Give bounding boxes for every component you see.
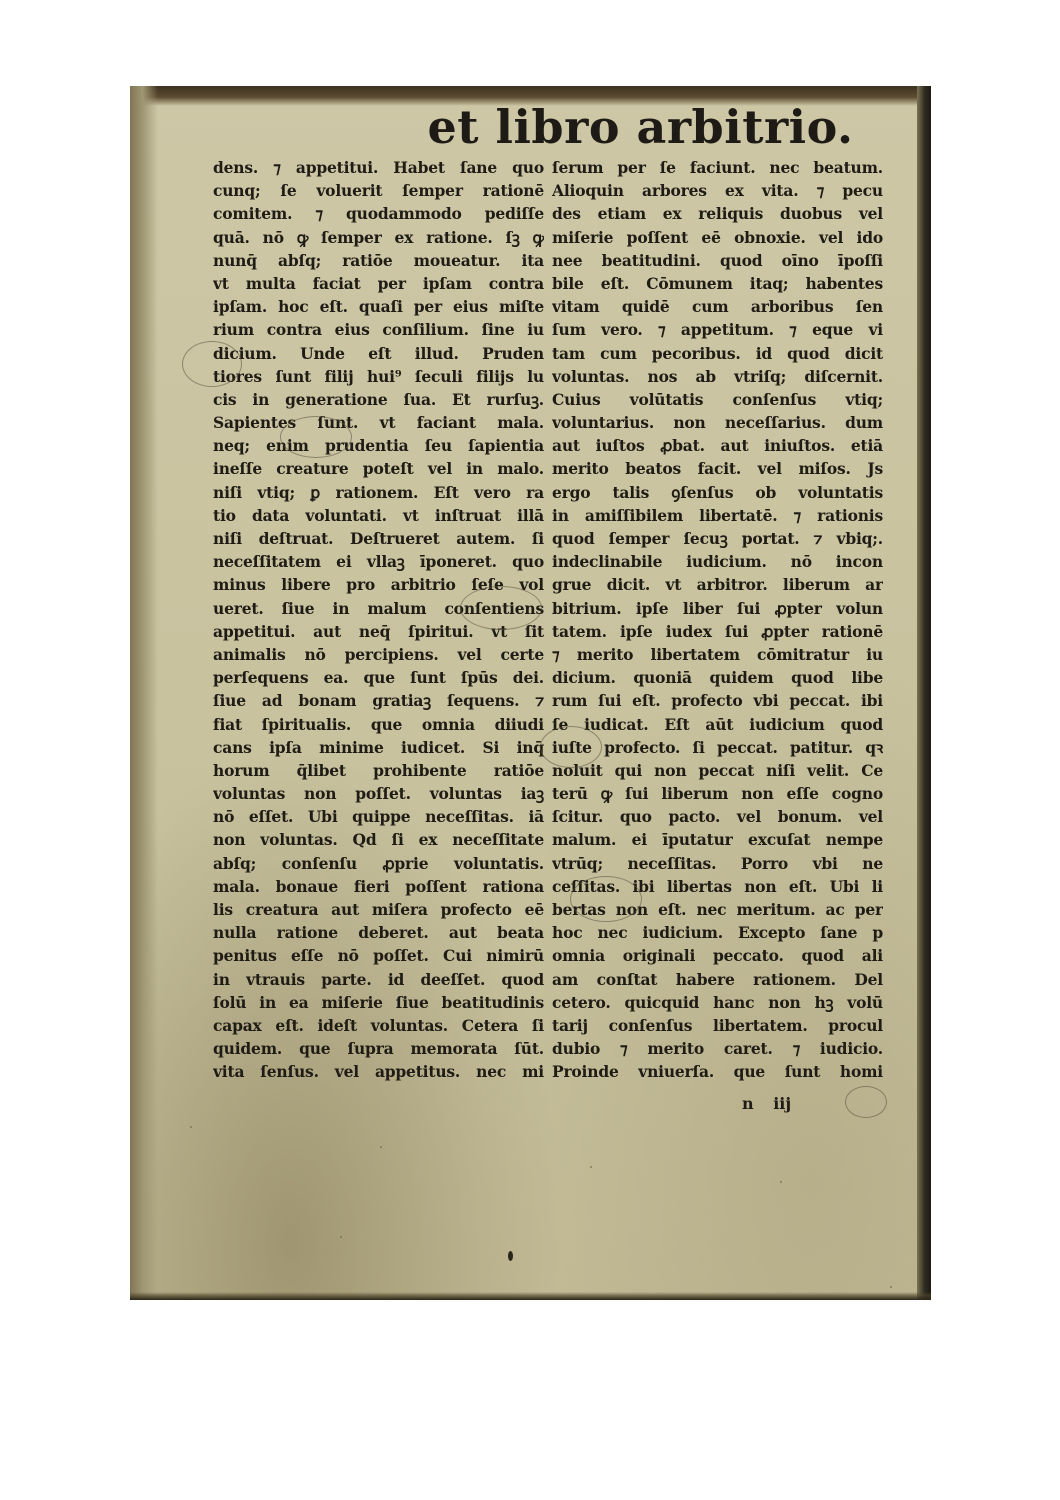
text-line: appetitui. aut neq̄ ſpiritui. vt ſit — [213, 620, 544, 643]
binding-edge — [917, 86, 931, 1300]
text-line: ſolū in ea miſerie ſiue beatitudinis — [213, 991, 544, 1014]
text-line: ipſam. hoc eſt. quaſi per eius miſte — [213, 295, 544, 318]
text-line: ⁊ merito libertatem cōmitratur iu — [552, 643, 883, 666]
text-line: horum q̄libet prohibente ratiōe — [213, 759, 544, 782]
text-line: omnia originali peccato. quod ali — [552, 944, 883, 967]
text-line: voluntas. nos ab vtriſq; diſcernit. — [552, 365, 883, 388]
text-line: nō eſſet. Ubi quippe neceſſitas. iā — [213, 805, 544, 828]
text-line: miſerie poſſent eē obnoxie. vel ido — [552, 226, 883, 249]
text-line: quidem. que ſupra memorata ſūt. — [213, 1037, 544, 1060]
text-line: noluit qui non peccat niſi velit. Ce — [552, 759, 883, 782]
text-line: minus libere pro arbitrio ſeſe vol — [213, 573, 544, 596]
text-line: Cuius volūtatis conſenſus vtiq; — [552, 388, 883, 411]
text-line: abſq; conſenſu ꝓprie voluntatis. — [213, 852, 544, 875]
page-bottom-edge — [130, 1292, 931, 1300]
text-line: dens. ⁊ appetitui. Habet ſane quo — [213, 156, 544, 179]
scanned-book-page: et libro arbitrio. dens. ⁊ appetitui. Ha… — [130, 86, 931, 1300]
text-line: vtrūq; neceſſitas. Porro vbi ne — [552, 852, 883, 875]
text-line: nee beatitudini. quod oīno īpoſſi — [552, 249, 883, 272]
text-line: cans ipſa minime iudicet. Si inq̄ — [213, 736, 544, 759]
text-line: neceſſitatem ei vllaꝫ īponeret. quo — [213, 550, 544, 573]
text-line: ineſſe creature poteſt vel in malo. — [213, 457, 544, 480]
text-line: Sapientes ſunt. vt faciant mala. — [213, 411, 544, 434]
text-line: capax eſt. ideſt voluntas. Cetera ſi — [213, 1014, 544, 1037]
signature-mark: n iij — [742, 1094, 791, 1113]
text-line: bitrium. ipſe liber ſui ꝓpter volun — [552, 597, 883, 620]
text-line: rium contra eius conſilium. ſine iu — [213, 318, 544, 341]
text-line: cis in generatione ſua. Et rurſuꝫ. — [213, 388, 544, 411]
text-line: ſerum per ſe faciunt. nec beatum. — [552, 156, 883, 179]
text-line: hoc nec iudicium. Excepto ſane p — [552, 921, 883, 944]
running-head: et libro arbitrio. — [240, 100, 1041, 154]
text-line: ergo talis ꝯſenſus ob voluntatis — [552, 481, 883, 504]
text-columns: dens. ⁊ appetitui. Habet ſane quocunq; ſ… — [213, 156, 883, 1084]
text-line: nulla ratione deberet. aut beata — [213, 921, 544, 944]
page-gutter-shadow — [130, 86, 158, 1300]
text-line: ſum vero. ⁊ appetitum. ⁊ eque vi — [552, 318, 883, 341]
text-line: nunq̄ abſq; ratiōe moueatur. ita — [213, 249, 544, 272]
text-line: ſe iudicat. Eſt aūt iudicium quod — [552, 713, 883, 736]
text-line: voluntas non poſſet. voluntas iaꝫ — [213, 782, 544, 805]
text-line: am conſtat habere rationem. Del — [552, 968, 883, 991]
text-line: terū ꝙ ſui liberum non eſſe cogno — [552, 782, 883, 805]
text-line: lis creatura aut miſera profecto eē — [213, 898, 544, 921]
text-line: vt multa faciat per ipſam contra — [213, 272, 544, 295]
text-line: Alioquin arbores ex vita. ⁊ pecu — [552, 179, 883, 202]
text-line: ſcitur. quo pacto. vel bonum. vel — [552, 805, 883, 828]
text-line: grue dicit. vt arbitror. liberum ar — [552, 573, 883, 596]
text-line: animalis nō percipiens. vel certe — [213, 643, 544, 666]
text-line: ueret. ſiue in malum conſentiens — [213, 597, 544, 620]
text-line: non voluntas. Qd ſi ex neceſſitate — [213, 828, 544, 851]
text-line: rum ſui eſt. profecto vbi peccat. ibi — [552, 689, 883, 712]
text-line: tatem. ipſe iudex ſui ꝓpter rationē — [552, 620, 883, 643]
text-line: ceſſitas. ibi libertas non eſt. Ubi li — [552, 875, 883, 898]
text-line: mala. bonaue fieri poſſent rationa — [213, 875, 544, 898]
text-line: tiores ſunt filij hui⁹ ſeculi filijs lu — [213, 365, 544, 388]
text-line: cetero. quicquid hanc non hꝫ volū — [552, 991, 883, 1014]
text-line: Proinde vniuerſa. que ſunt homi — [552, 1060, 883, 1083]
text-line: tam cum pecoribus. id quod dicit — [552, 342, 883, 365]
text-line: indeclinabile iudicium. nō incon — [552, 550, 883, 573]
left-column: dens. ⁊ appetitui. Habet ſane quocunq; ſ… — [213, 156, 544, 1084]
text-line: bertas non eſt. nec meritum. ac per — [552, 898, 883, 921]
text-line: penitus eſſe nō poſſet. Cui nimirū — [213, 944, 544, 967]
text-line: niſi vtiq; ꝑ rationem. Eſt vero ra — [213, 481, 544, 504]
text-line: cunq; ſe voluerit ſemper rationē — [213, 179, 544, 202]
text-line: aut iuſtos ꝓbat. aut iniuſtos. etiā — [552, 434, 883, 457]
text-line: des etiam ex reliquis duobus vel — [552, 202, 883, 225]
text-line: dubio ⁊ merito caret. ⁊ iudicio. — [552, 1037, 883, 1060]
text-line: comitem. ⁊ quodammodo pediſſe — [213, 202, 544, 225]
text-line: vita ſenſus. vel appetitus. nec mi — [213, 1060, 544, 1083]
text-line: vitam quidē cum arboribus ſen — [552, 295, 883, 318]
text-line: perſequens ea. que ſunt ſpūs dei. — [213, 666, 544, 689]
text-line: in amiſſibilem libertatē. ⁊ rationis — [552, 504, 883, 527]
text-line: in vtrauis parte. id deeſſet. quod — [213, 968, 544, 991]
text-line: merito beatos facit. vel miſos. Js — [552, 457, 883, 480]
text-line: dicium. Unde eſt illud. Pruden — [213, 342, 544, 365]
text-line: tarij conſenſus libertatem. procul — [552, 1014, 883, 1037]
text-line: bile eſt. Cōmunem itaq; habentes — [552, 272, 883, 295]
ink-blot — [508, 1251, 513, 1261]
text-line: neq; enim prudentia ſeu ſapientia — [213, 434, 544, 457]
text-line: dicium. quoniā quidem quod libe — [552, 666, 883, 689]
text-line: quod ſemper ſecuꝫ portat. ⁊ vbiq;. — [552, 527, 883, 550]
faint-stamp-mark — [845, 1086, 887, 1118]
text-line: niſi deſtruat. Deſtrueret autem. ſi — [213, 527, 544, 550]
text-line: tio data voluntati. vt inſtruat illā — [213, 504, 544, 527]
text-line: ſiue ad bonam gratiaꝫ ſequens. ⁊ — [213, 689, 544, 712]
text-line: quā. nō ꝙ ſemper ex ratione. ſꝫ ꝙ — [213, 226, 544, 249]
text-line: fiat ſpiritualis. que omnia diiudi — [213, 713, 544, 736]
text-line: iuſte profecto. ſi peccat. patitur. qꝛ — [552, 736, 883, 759]
text-line: malum. ei īputatur excuſat nempe — [552, 828, 883, 851]
right-column: ſerum per ſe faciunt. nec beatum.Alioqui… — [552, 156, 883, 1084]
text-line: voluntarius. non neceſſarius. dum — [552, 411, 883, 434]
